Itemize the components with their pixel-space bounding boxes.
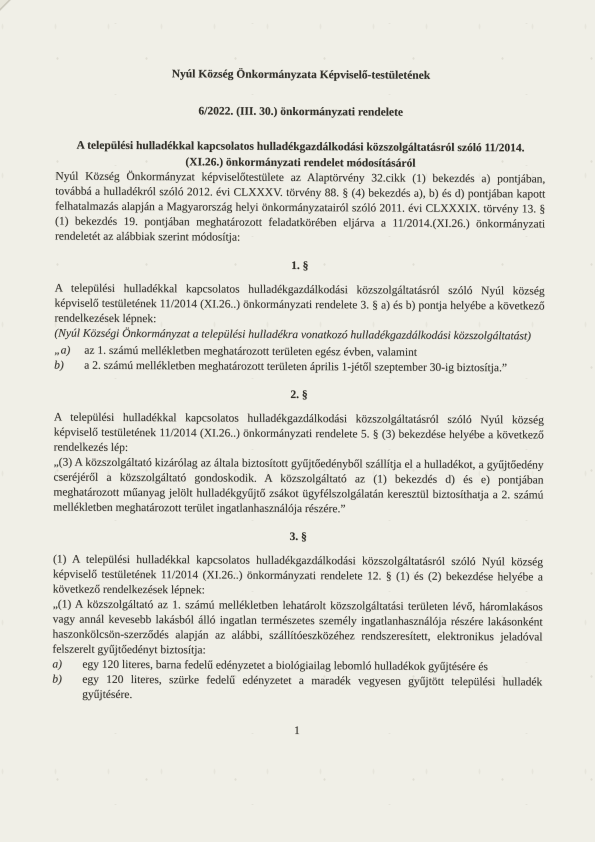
item-text: egy 120 literes, szürke fedelű edényzete…	[82, 673, 542, 706]
item-label: b)	[52, 672, 82, 702]
section-1-item-list: „a) az 1. számú mellékletben meghatározo…	[54, 343, 544, 376]
section-1-amended-context: (Nyúl Községi Önkormányzat a települési …	[54, 326, 544, 344]
section-3-quoted-provision: „(1) A közszolgáltató az 1. számú mellék…	[52, 597, 542, 660]
item-label: b)	[54, 358, 84, 373]
decree-subject-title: A települési hulladékkal kapcsolatos hul…	[55, 139, 545, 173]
section-3-item-list: a) egy 120 literes, barna fedelű edényze…	[52, 657, 542, 705]
section-1-intro: A települési hulladékkal kapcsolatos hul…	[54, 281, 544, 329]
document-authority-title: Nyúl Község Önkormányzata Képviselő-test…	[56, 67, 546, 85]
page-number: 1	[52, 722, 542, 740]
document-content: Nyúl Község Önkormányzata Képviselő-test…	[52, 67, 546, 741]
list-item: b) a 2. számú mellékletben meghatározott…	[54, 358, 544, 376]
item-label: „a)	[54, 343, 84, 358]
decree-number-title: 6/2022. (III. 30.) önkormányzati rendele…	[56, 104, 546, 122]
item-text: a 2. számú mellékletben meghatározott te…	[84, 359, 544, 377]
section-2-quoted-provision: „(3) A közszolgáltató kizárólag az által…	[53, 455, 543, 518]
item-label: a)	[52, 657, 82, 672]
preamble-paragraph: Nyúl Község Önkormányzat képviselőtestül…	[55, 170, 545, 248]
section-2-intro: A települési hulladékkal kapcsolatos hul…	[54, 410, 544, 458]
section-3-heading: 3. §	[53, 528, 543, 546]
scanned-document-page: Nyúl Község Önkormányzata Képviselő-test…	[0, 0, 595, 842]
section-2-heading: 2. §	[54, 386, 544, 404]
scan-corner-artifact	[0, 0, 23, 23]
list-item: b) egy 120 literes, szürke fedelű edényz…	[52, 672, 542, 705]
section-1-heading: 1. §	[55, 257, 545, 275]
section-3-intro: (1) A települési hulladékkal kapcsolatos…	[53, 552, 543, 600]
